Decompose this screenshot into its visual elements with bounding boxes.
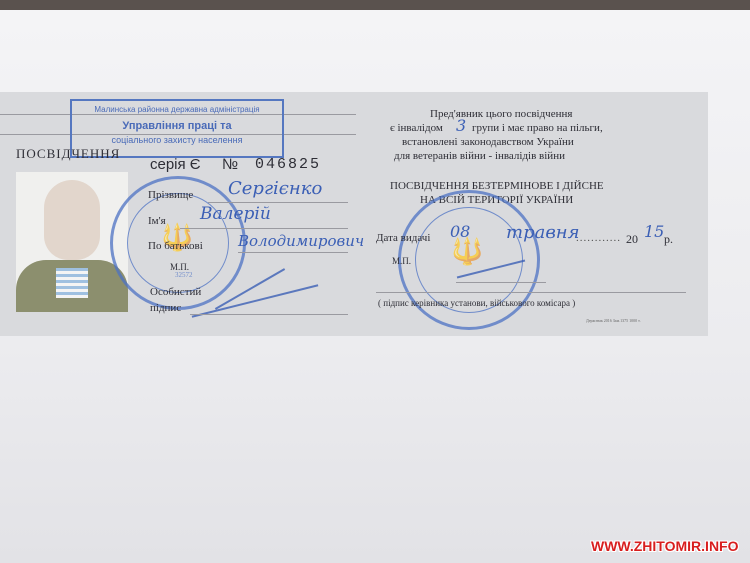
statement-line-2a: є інвалідом	[390, 122, 443, 134]
patronymic-value: Володимирович	[238, 232, 364, 250]
print-footer: Держзнак 2016 Зам.1375 1000 т.	[586, 318, 641, 323]
trident-emblem-icon: 🔱	[451, 237, 483, 267]
series-label: серія Є	[150, 156, 201, 173]
seal-code: 32572	[175, 271, 193, 279]
validity-line-1: ПОСВІДЧЕННЯ БЕЗТЕРМІНОВЕ І ДІЙСНЕ	[390, 180, 604, 192]
patronymic-label: По батькові	[148, 240, 203, 252]
photo-striped-shirt	[56, 268, 88, 298]
issue-day: 08	[450, 222, 470, 241]
stamp-line-3: соціального захисту населення	[72, 135, 282, 145]
certificate-card: Малинська районна державна адміністрація…	[0, 92, 708, 336]
mp-label: М.П.	[170, 262, 189, 272]
statement-line-4: для ветеранів війни - інвалідів війни	[394, 150, 565, 162]
certificate-number: 046825	[255, 156, 321, 173]
site-watermark: WWW.ZHITOMIR.INFO	[591, 538, 739, 554]
certificate-right-page: Пред'явник цього посвідчення є інвалідом…	[356, 92, 708, 336]
signature-label-1: Особистий	[150, 286, 201, 298]
photo-face	[44, 180, 100, 260]
stamp-line-1: Малинська районна державна адміністрація	[72, 105, 282, 114]
name-value: Валерій	[200, 204, 271, 224]
issue-year-prefix: 20	[626, 232, 638, 247]
surname-label: Прізвище	[148, 189, 193, 201]
issue-date-label: Дата видачі	[376, 232, 430, 244]
issue-year-suffix: 15	[644, 222, 664, 241]
surname-value: Сергієнко	[228, 178, 322, 199]
signature-label-2: підпис	[150, 302, 181, 314]
mp-label-right: М.П.	[392, 256, 411, 266]
statement-line-2b: групи і має право на пільги,	[472, 122, 603, 134]
certificate-left-page: Малинська районна державна адміністрація…	[0, 92, 356, 336]
stamp-line-2: Управління праці та	[72, 120, 282, 132]
issue-year-end: р.	[664, 232, 673, 247]
signature-caption: ( підпис керівника установи, військового…	[378, 298, 575, 308]
document-title: ПОСВІДЧЕННЯ	[16, 146, 120, 162]
name-label: Ім'я	[148, 215, 166, 227]
statement-line-1: Пред'явник цього посвідчення	[430, 108, 572, 120]
statement-line-3: встановлені законодавством України	[402, 136, 574, 148]
issue-month: травня	[506, 222, 580, 243]
disability-group-value: 3	[456, 116, 466, 135]
number-label: №	[222, 156, 238, 173]
